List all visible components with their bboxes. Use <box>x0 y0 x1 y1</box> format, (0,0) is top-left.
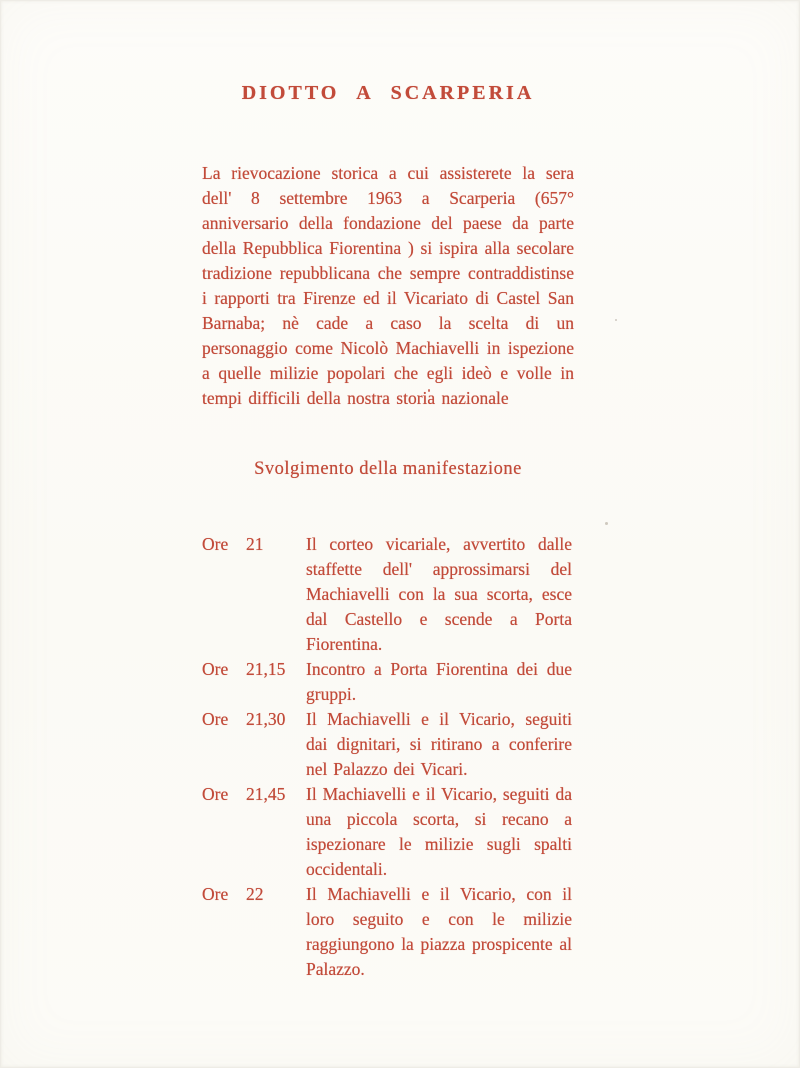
document-content-column: DIOTTO A SCARPERIA La rievocazione stori… <box>202 1 574 982</box>
schedule-description: Il corteo vicariale, avvertito dalle sta… <box>306 532 572 657</box>
schedule-row: Ore 21,30 Il Machiavelli e il Vicario, s… <box>202 707 574 782</box>
scanned-document-page: DIOTTO A SCARPERIA La rievocazione stori… <box>0 0 800 1068</box>
paper-speck <box>605 522 608 525</box>
schedule-time-prefix: Ore <box>202 707 246 782</box>
schedule-description: Incontro a Porta Fiorentina dei due grup… <box>306 657 572 707</box>
schedule-time-prefix: Ore <box>202 782 246 882</box>
schedule-row: Ore 21 Il corteo vicariale, avvertito da… <box>202 532 574 657</box>
schedule-time: 21,15 <box>246 657 306 707</box>
schedule-time-prefix: Ore <box>202 532 246 657</box>
schedule-row: Ore 21,45 Il Machiavelli e il Vicario, s… <box>202 782 574 882</box>
paper-speck <box>615 319 617 321</box>
schedule-row: Ore 21,15 Incontro a Porta Fiorentina de… <box>202 657 574 707</box>
ink-speck <box>428 389 430 392</box>
schedule-list: Ore 21 Il corteo vicariale, avvertito da… <box>202 532 574 982</box>
schedule-time-prefix: Ore <box>202 657 246 707</box>
schedule-description: Il Machiavelli e il Vicario, con il loro… <box>306 882 572 982</box>
schedule-description: Il Machiavelli e il Vicario, seguiti da … <box>306 782 572 882</box>
schedule-time: 21,30 <box>246 707 306 782</box>
schedule-time: 22 <box>246 882 306 982</box>
schedule-time-prefix: Ore <box>202 882 246 982</box>
ink-speck <box>544 246 547 250</box>
section-heading: Svolgimento della manifestazione <box>202 457 574 482</box>
schedule-description: Il Machiavelli e il Vicario, seguiti dai… <box>306 707 572 782</box>
document-title: DIOTTO A SCARPERIA <box>202 81 574 105</box>
schedule-time: 21 <box>246 532 306 657</box>
schedule-time: 21,45 <box>246 782 306 882</box>
schedule-row: Ore 22 Il Machiavelli e il Vicario, con … <box>202 882 574 982</box>
intro-paragraph: La rievocazione storica a cui assisteret… <box>202 161 574 411</box>
